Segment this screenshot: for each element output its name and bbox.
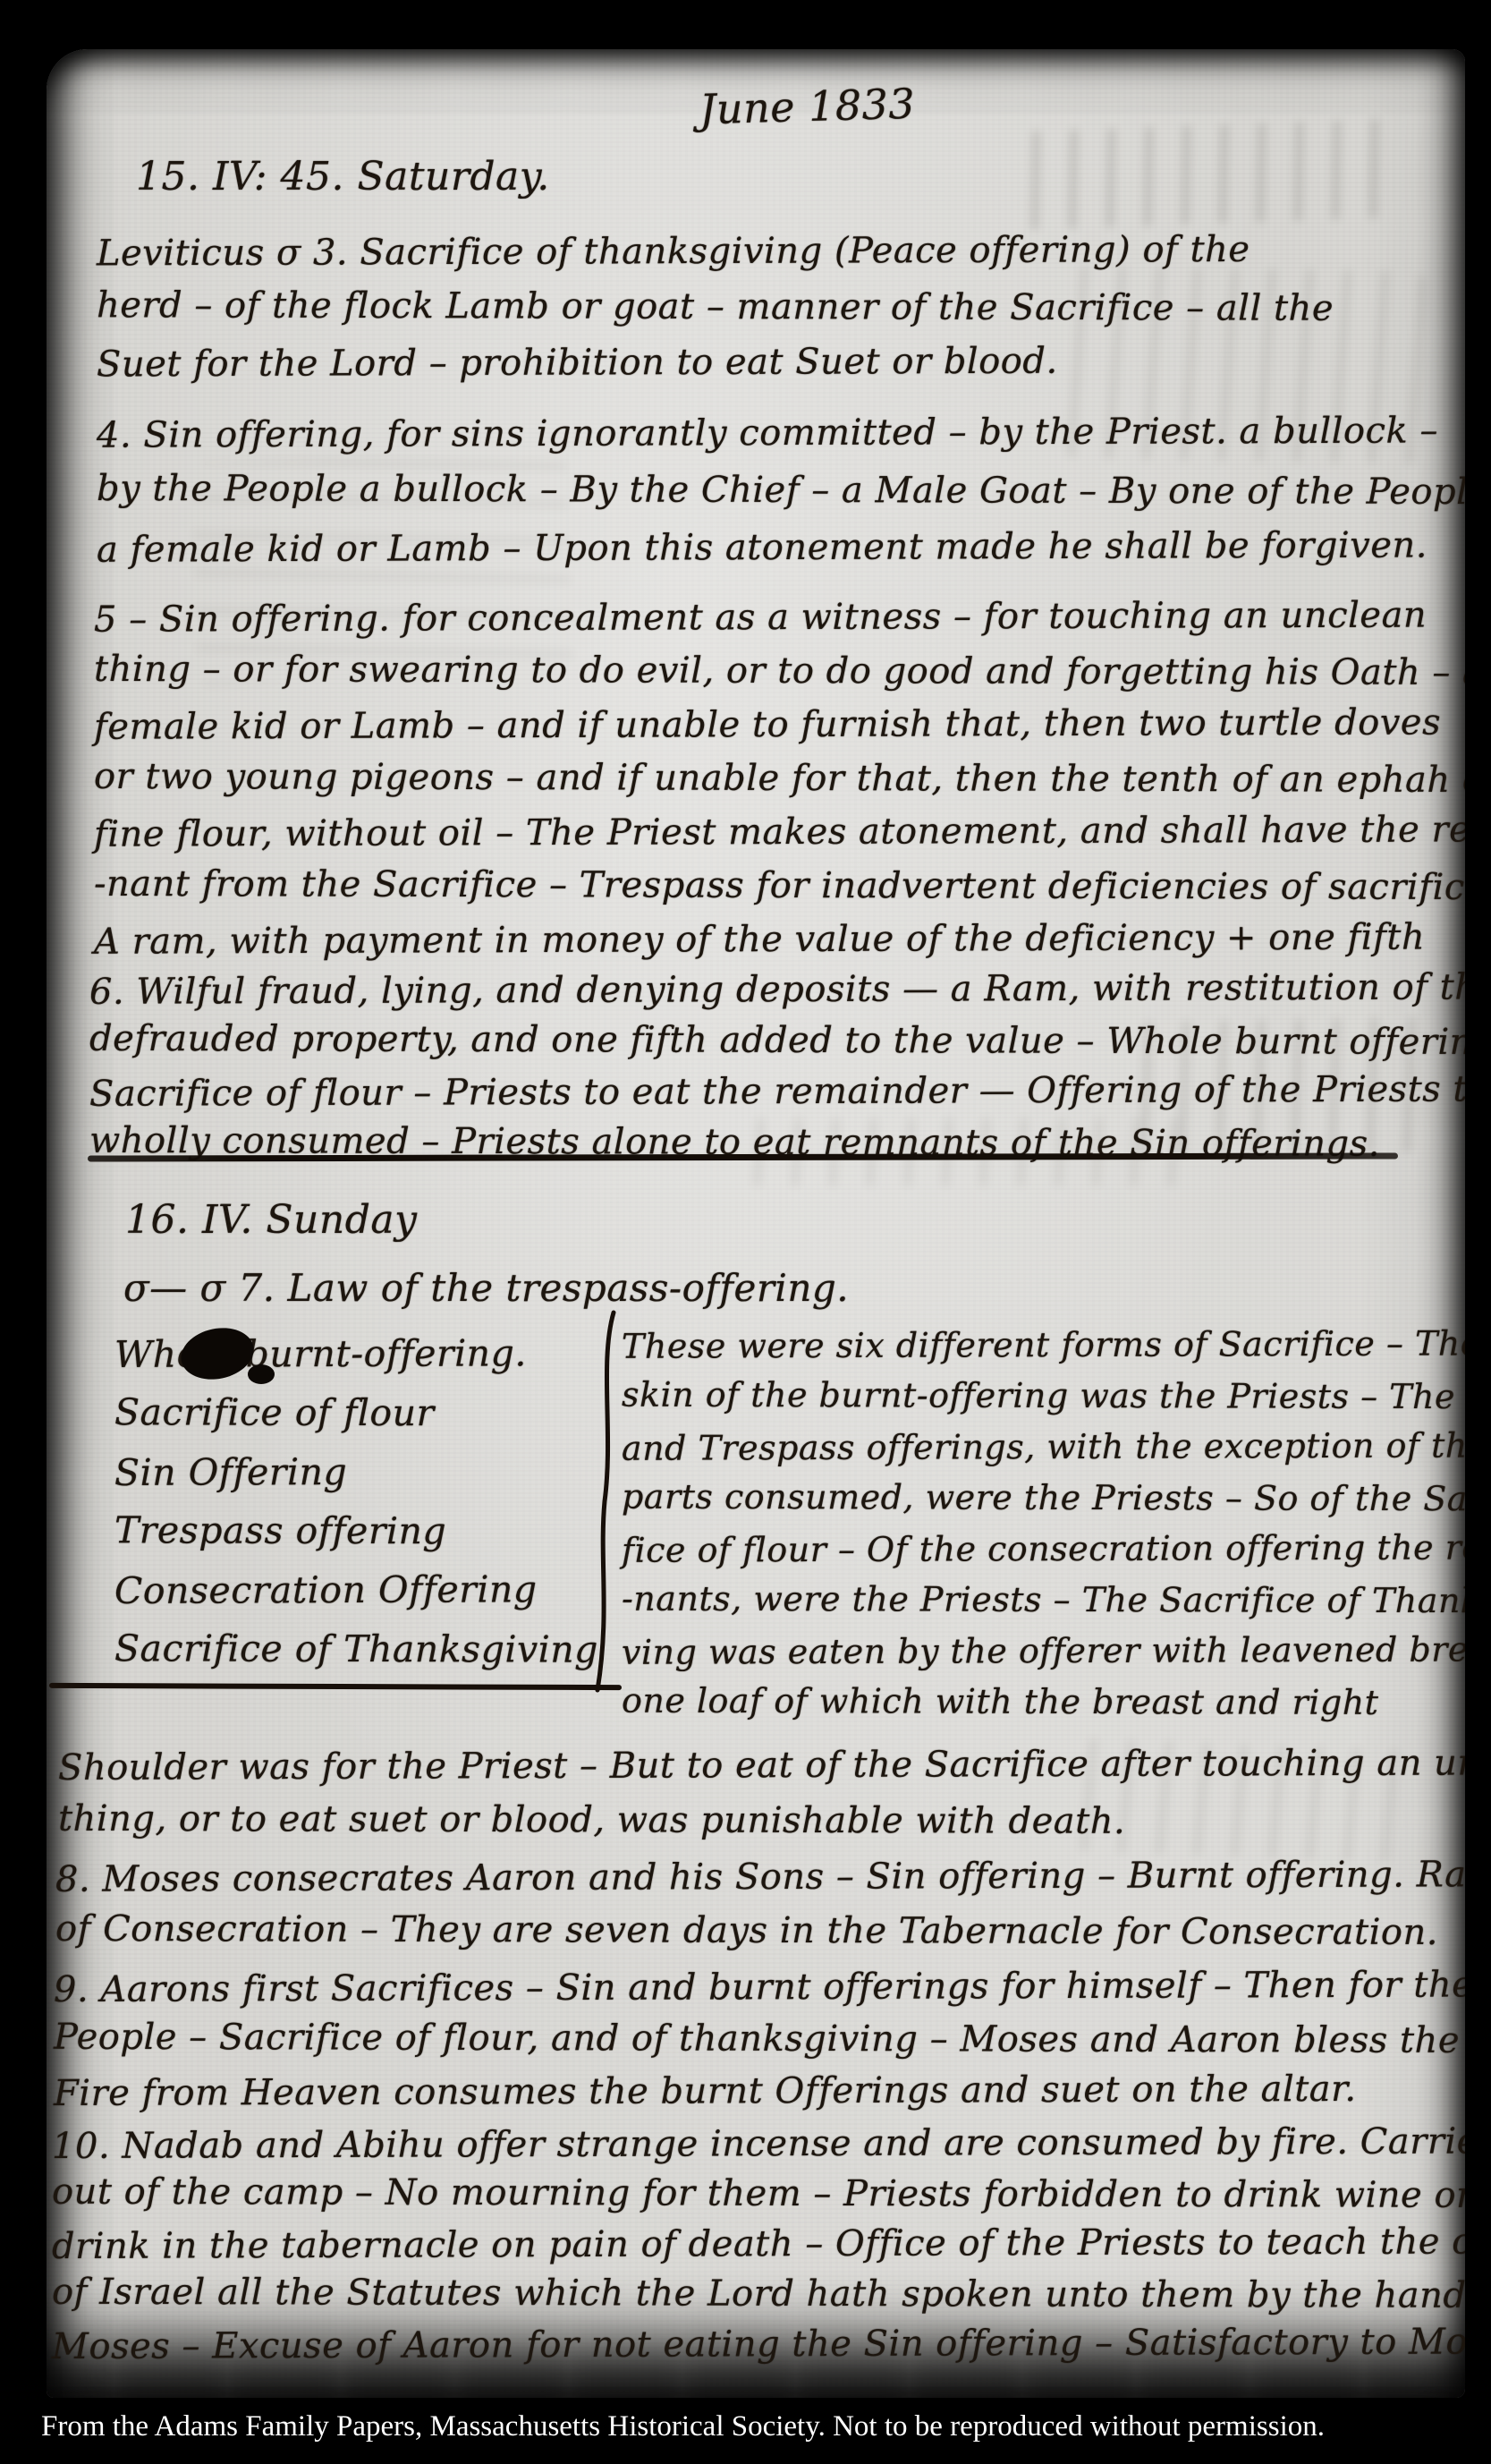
handwritten-line: Sacrifice of flour xyxy=(114,1382,598,1442)
handwritten-line: female kid or Lamb – and if unable to fu… xyxy=(94,695,1465,754)
paragraph-ch9: 9. Aarons first Sacrifices – Sin and bur… xyxy=(54,1961,1465,2117)
scanned-diary-photograph: June 1833 15. IV: 45. Saturday. Leviticu… xyxy=(0,0,1491,2464)
handwritten-line: -nant from the Sacrifice – Trespass for … xyxy=(94,857,1465,914)
handwritten-line: drink in the tabernacle on pain of death… xyxy=(52,2216,1465,2272)
handwritten-line: wholly consumed – Priests alone to eat r… xyxy=(89,1116,1465,1170)
paragraph-shoulder: Shoulder was for the Priest – But to eat… xyxy=(58,1738,1465,1848)
law-of-trespass-line: σ— σ 7. Law of the trespass-offering. xyxy=(123,1266,849,1310)
paragraph-ch6: 6. Wilful fraud, lying, and denying depo… xyxy=(89,964,1465,1168)
handwritten-line: fine flour, without oil – The Priest mak… xyxy=(94,803,1465,862)
paragraph-ch10: 10. Nadab and Abihu offer strange incens… xyxy=(52,2119,1465,2369)
handwritten-line: Sacrifice of Thanksgiving xyxy=(114,1619,598,1678)
handwritten-line: Fire from Heaven consumes the burnt Offe… xyxy=(54,2062,1465,2120)
handwritten-line: Consecration Offering xyxy=(114,1559,598,1620)
paragraph-leviticus-ch3: Leviticus σ 3. Sacrifice of thanksgiving… xyxy=(97,224,1334,390)
bleedthrough-smudge xyxy=(1020,119,1408,231)
handwritten-line: Sacrifice of flour – Priests to eat the … xyxy=(89,1064,1465,1120)
table-bottom-line xyxy=(49,1683,622,1690)
handwritten-line: Leviticus σ 3. Sacrifice of thanksgiving… xyxy=(97,222,1334,282)
handwritten-line: herd – of the flock Lamb or goat – manne… xyxy=(97,277,1334,336)
handwritten-line: fice of flour – Of the consecration offe… xyxy=(622,1522,1465,1576)
handwritten-line: 10. Nadab and Abihu offer strange incens… xyxy=(52,2116,1465,2171)
handwritten-line: These were six different forms of Sacrif… xyxy=(622,1318,1465,1372)
handwritten-line: 8. Moses consecrates Aaron and his Sons … xyxy=(55,1848,1465,1907)
handwritten-line: and Trespass offerings, with the excepti… xyxy=(622,1420,1465,1474)
handwritten-line: parts consumed, were the Priests – So of… xyxy=(622,1472,1465,1525)
handwritten-line: 5 – Sin offering. for concealment as a w… xyxy=(94,588,1465,647)
handwritten-line: or two young pigeons – and if unable for… xyxy=(94,750,1465,807)
handwritten-line: thing, or to eat suet or blood, was puni… xyxy=(58,1791,1465,1850)
handwritten-line: thing – or for swearing to do evil, or t… xyxy=(94,642,1465,700)
diary-page: June 1833 15. IV: 45. Saturday. Leviticu… xyxy=(47,49,1465,2398)
handwritten-line: Sin Offering xyxy=(114,1441,598,1502)
handwritten-line: a female kid or Lamb – Upon this atoneme… xyxy=(97,516,1465,578)
handwritten-line: Shoulder was for the Priest – But to eat… xyxy=(58,1735,1465,1796)
handwritten-line: of Consecration – They are seven days in… xyxy=(55,1902,1465,1959)
handwritten-line: A ram, with payment in money of the valu… xyxy=(94,910,1465,969)
entry-heading-saturday: 15. IV: 45. Saturday. xyxy=(136,154,550,200)
offerings-list: Whole burnt-offering.Sacrifice of flourS… xyxy=(114,1324,598,1678)
entry-heading-sunday: 16. IV. Sunday xyxy=(125,1197,417,1243)
handwritten-line: out of the camp – No mourning for them –… xyxy=(52,2167,1465,2222)
handwritten-line: 6. Wilful fraud, lying, and denying depo… xyxy=(89,962,1465,1018)
archive-caption: From the Adams Family Papers, Massachuse… xyxy=(41,2410,1472,2443)
paragraph-ch8: 8. Moses consecrates Aaron and his Sons … xyxy=(55,1850,1465,1958)
handwritten-line: skin of the burnt-offering was the Pries… xyxy=(622,1370,1465,1423)
handwritten-line: of Israel all the Statutes which the Lor… xyxy=(52,2267,1465,2322)
handwritten-line: Suet for the Lord – prohibition to eat S… xyxy=(97,333,1334,393)
paragraph-ch5: 5 – Sin offering. for concealment as a w… xyxy=(94,591,1465,966)
handwritten-line: by the People a bullock – By the Chief –… xyxy=(97,460,1465,521)
handwritten-line: ving was eaten by the offerer with leave… xyxy=(622,1624,1465,1678)
handwritten-line: -nants, were the Priests – The Sacrifice… xyxy=(622,1574,1465,1627)
handwritten-line: 9. Aarons first Sacrifices – Sin and bur… xyxy=(54,1958,1465,2016)
handwritten-line: 4. Sin offering, for sins ignorantly com… xyxy=(97,402,1465,463)
ink-blot xyxy=(248,1364,275,1384)
handwritten-line: Moses – Excuse of Aaron for not eating t… xyxy=(52,2316,1465,2372)
handwritten-line: Trespass offering xyxy=(114,1500,598,1560)
sacrifice-forms-notes: These were six different forms of Sacrif… xyxy=(622,1320,1465,1728)
handwritten-line: defrauded property, and one fifth added … xyxy=(89,1014,1465,1068)
handwritten-line: one loaf of which with the breast and ri… xyxy=(622,1676,1465,1729)
column-divider-line xyxy=(587,1309,623,1694)
month-year-header: June 1833 xyxy=(699,80,916,134)
paragraph-ch4: 4. Sin offering, for sins ignorantly com… xyxy=(97,404,1465,576)
handwritten-line: People – Sacrifice of flour, and of than… xyxy=(54,2011,1465,2068)
